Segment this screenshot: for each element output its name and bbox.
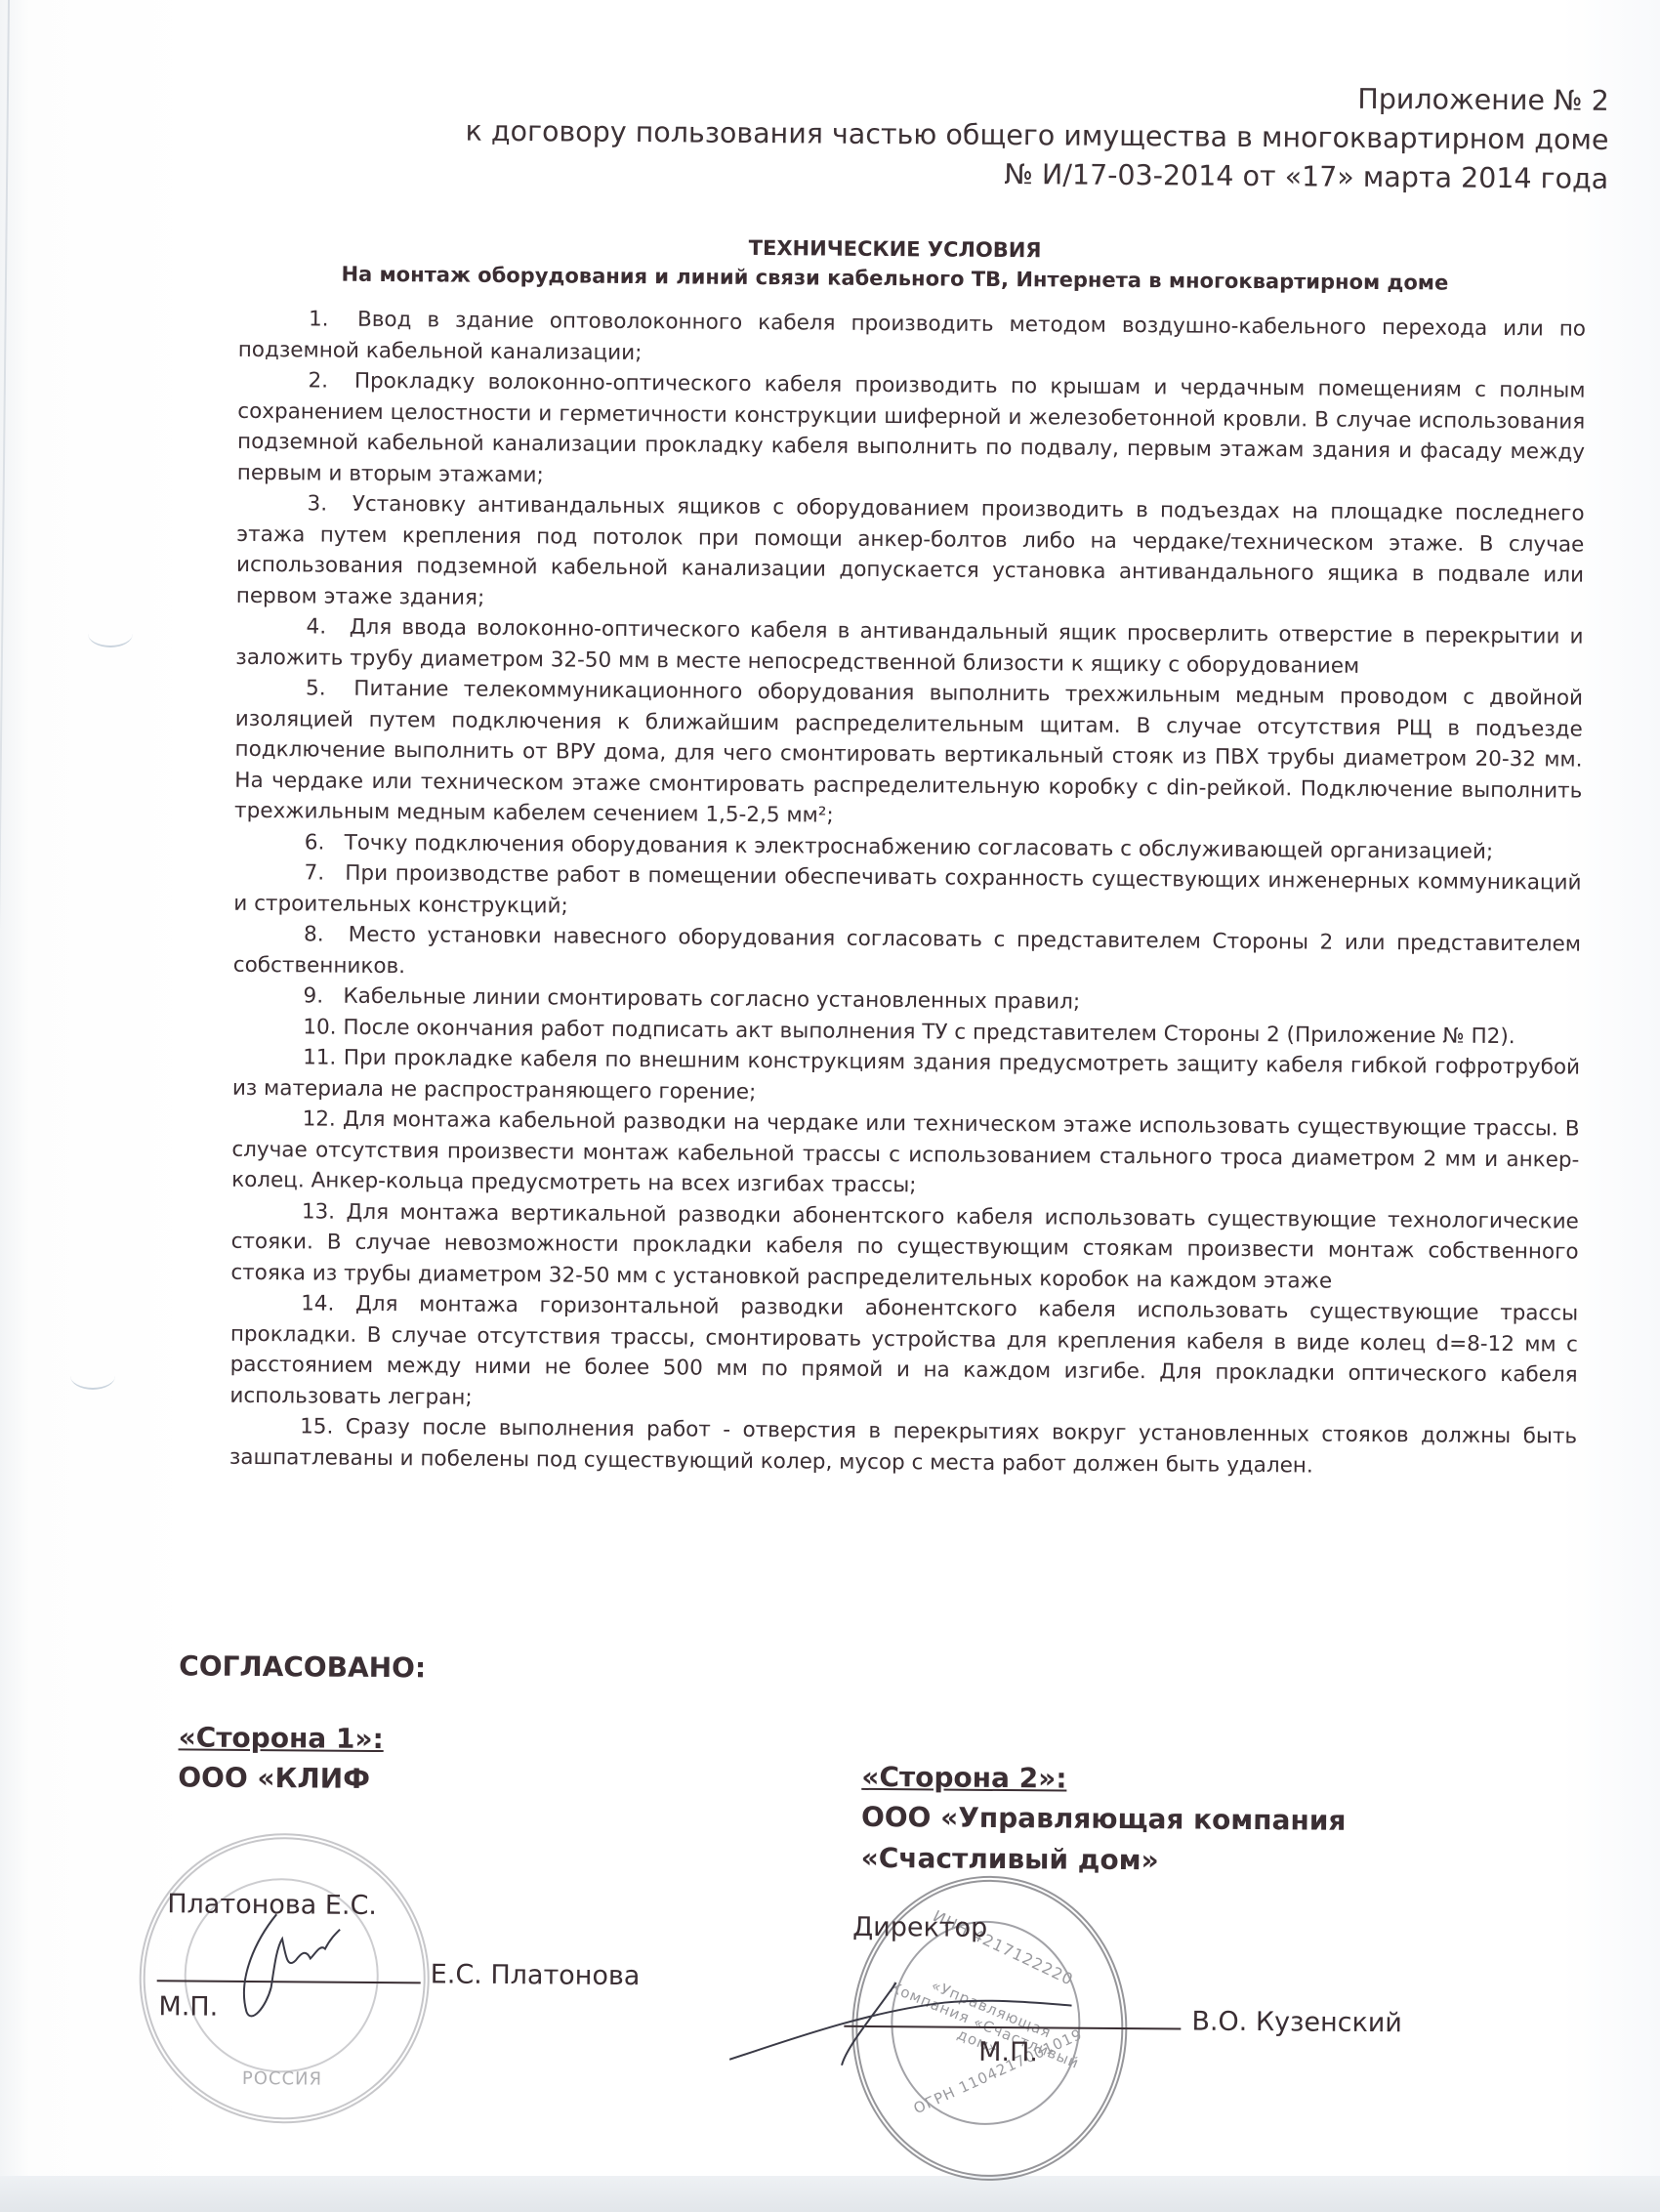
- condition-number: 1.: [309, 304, 342, 335]
- condition-item: 4. Для ввода волоконно-оптического кабел…: [235, 611, 1583, 684]
- party1-label: «Сторона 1»:: [178, 1718, 764, 1762]
- condition-item: 11. При прокладке кабеля по внешним конс…: [232, 1042, 1580, 1114]
- condition-number: 4.: [306, 611, 339, 643]
- condition-item: 3. Установку антивандальных ящиков с обо…: [236, 488, 1585, 622]
- condition-text: Для монтажа вертикальной разводки абонен…: [230, 1199, 1579, 1293]
- condition-item: 8. Место установки навесного оборудовани…: [233, 919, 1581, 991]
- condition-number: 6.: [305, 827, 338, 858]
- document-title: ТЕХНИЧЕСКИЕ УСЛОВИЯ На монтаж оборудован…: [260, 230, 1529, 298]
- condition-text: Кабельные линии смонтировать согласно ус…: [343, 984, 1080, 1015]
- condition-number: 11.: [303, 1042, 336, 1073]
- appendix-header: Приложение № 2 к договору пользования ча…: [436, 72, 1609, 198]
- scanned-page: Приложение № 2 к договору пользования ча…: [0, 0, 1660, 2212]
- condition-item: 5. Питание телекоммуникационного оборудо…: [234, 673, 1583, 837]
- condition-text: При прокладке кабеля по внешним конструк…: [232, 1046, 1580, 1105]
- condition-number: 9.: [303, 981, 336, 1012]
- signature-scribble-icon: [217, 1909, 345, 2027]
- condition-item: 13. Для монтажа вертикальной разводки аб…: [230, 1195, 1579, 1298]
- condition-number: 2.: [308, 365, 341, 396]
- party2-signatory-name: В.О. Кузенский: [1191, 2007, 1402, 2039]
- document-content: Приложение № 2 к договору пользования ча…: [0, 0, 1660, 2212]
- party1-signature: [9, 0, 1660, 6]
- approval-heading: СОГЛАСОВАНО:: [179, 1649, 426, 1684]
- condition-number: 12.: [302, 1104, 335, 1135]
- condition-item: 14. Для монтажа горизонтальной разводки …: [229, 1288, 1578, 1422]
- party1-stamp-text: РОССИЯ: [242, 2068, 322, 2090]
- party2-block: «Сторона 2»: ООО «Управляющая компания «…: [861, 1758, 1546, 1884]
- condition-item: 7. При производстве работ в помещении об…: [233, 857, 1581, 930]
- condition-text: Сразу после выполнения работ - отверстия…: [229, 1415, 1577, 1478]
- party1-block: «Сторона 1»: ООО «КЛИФ: [178, 1718, 765, 1803]
- party2-label: «Сторона 2»:: [861, 1758, 1545, 1802]
- condition-number: 5.: [306, 673, 339, 704]
- condition-item: 12. Для монтажа кабельной разводки на че…: [231, 1104, 1580, 1206]
- condition-text: Питание телекоммуникационного оборудован…: [234, 677, 1583, 828]
- condition-text: Установку антивандальных ящиков с оборуд…: [236, 492, 1585, 610]
- party2-signatory-role: Директор: [852, 1910, 987, 1946]
- party1-seal-mark: М.П.: [158, 1991, 218, 2022]
- condition-text: Для монтажа кабельной разводки на чердак…: [231, 1107, 1580, 1198]
- party2-signature: [9, 0, 1660, 6]
- condition-text: Для монтажа горизонтальной разводки абон…: [229, 1292, 1578, 1409]
- condition-number: 8.: [304, 919, 337, 950]
- condition-text: Прокладку волоконно-оптического кабеля п…: [237, 369, 1586, 487]
- condition-number: 10.: [303, 1012, 336, 1043]
- condition-number: 7.: [304, 857, 337, 889]
- signature-scribble-icon: [729, 1952, 1082, 2072]
- conditions-list: 1. Ввод в здание оптоволоконного кабеля …: [229, 304, 1586, 1483]
- party1-org: ООО «КЛИФ: [178, 1757, 764, 1803]
- condition-item: 15. Сразу после выполнения работ - отвер…: [229, 1411, 1577, 1483]
- condition-text: Для ввода волоконно-оптического кабеля в…: [235, 615, 1583, 679]
- condition-number: 15.: [300, 1411, 333, 1442]
- condition-text: Ввод в здание оптоволоконного кабеля про…: [238, 308, 1586, 365]
- condition-number: 3.: [307, 488, 340, 520]
- contract-number-date: № И/17-03-2014 от «17» марта 2014 года: [436, 150, 1608, 198]
- condition-number: 14.: [301, 1288, 334, 1319]
- condition-item: 1. Ввод в здание оптоволоконного кабеля …: [238, 304, 1586, 376]
- party2-org: ООО «Управляющая компания «Счастливый до…: [861, 1797, 1546, 1884]
- party1-signatory-name: Е.С. Платонова: [431, 1959, 641, 1991]
- condition-text: Место установки навесного оборудования с…: [233, 923, 1581, 979]
- condition-number: 13.: [302, 1196, 335, 1228]
- condition-item: 2. Прокладку волоконно-оптического кабел…: [237, 365, 1586, 499]
- condition-text: При производстве работ в помещении обесп…: [233, 861, 1581, 918]
